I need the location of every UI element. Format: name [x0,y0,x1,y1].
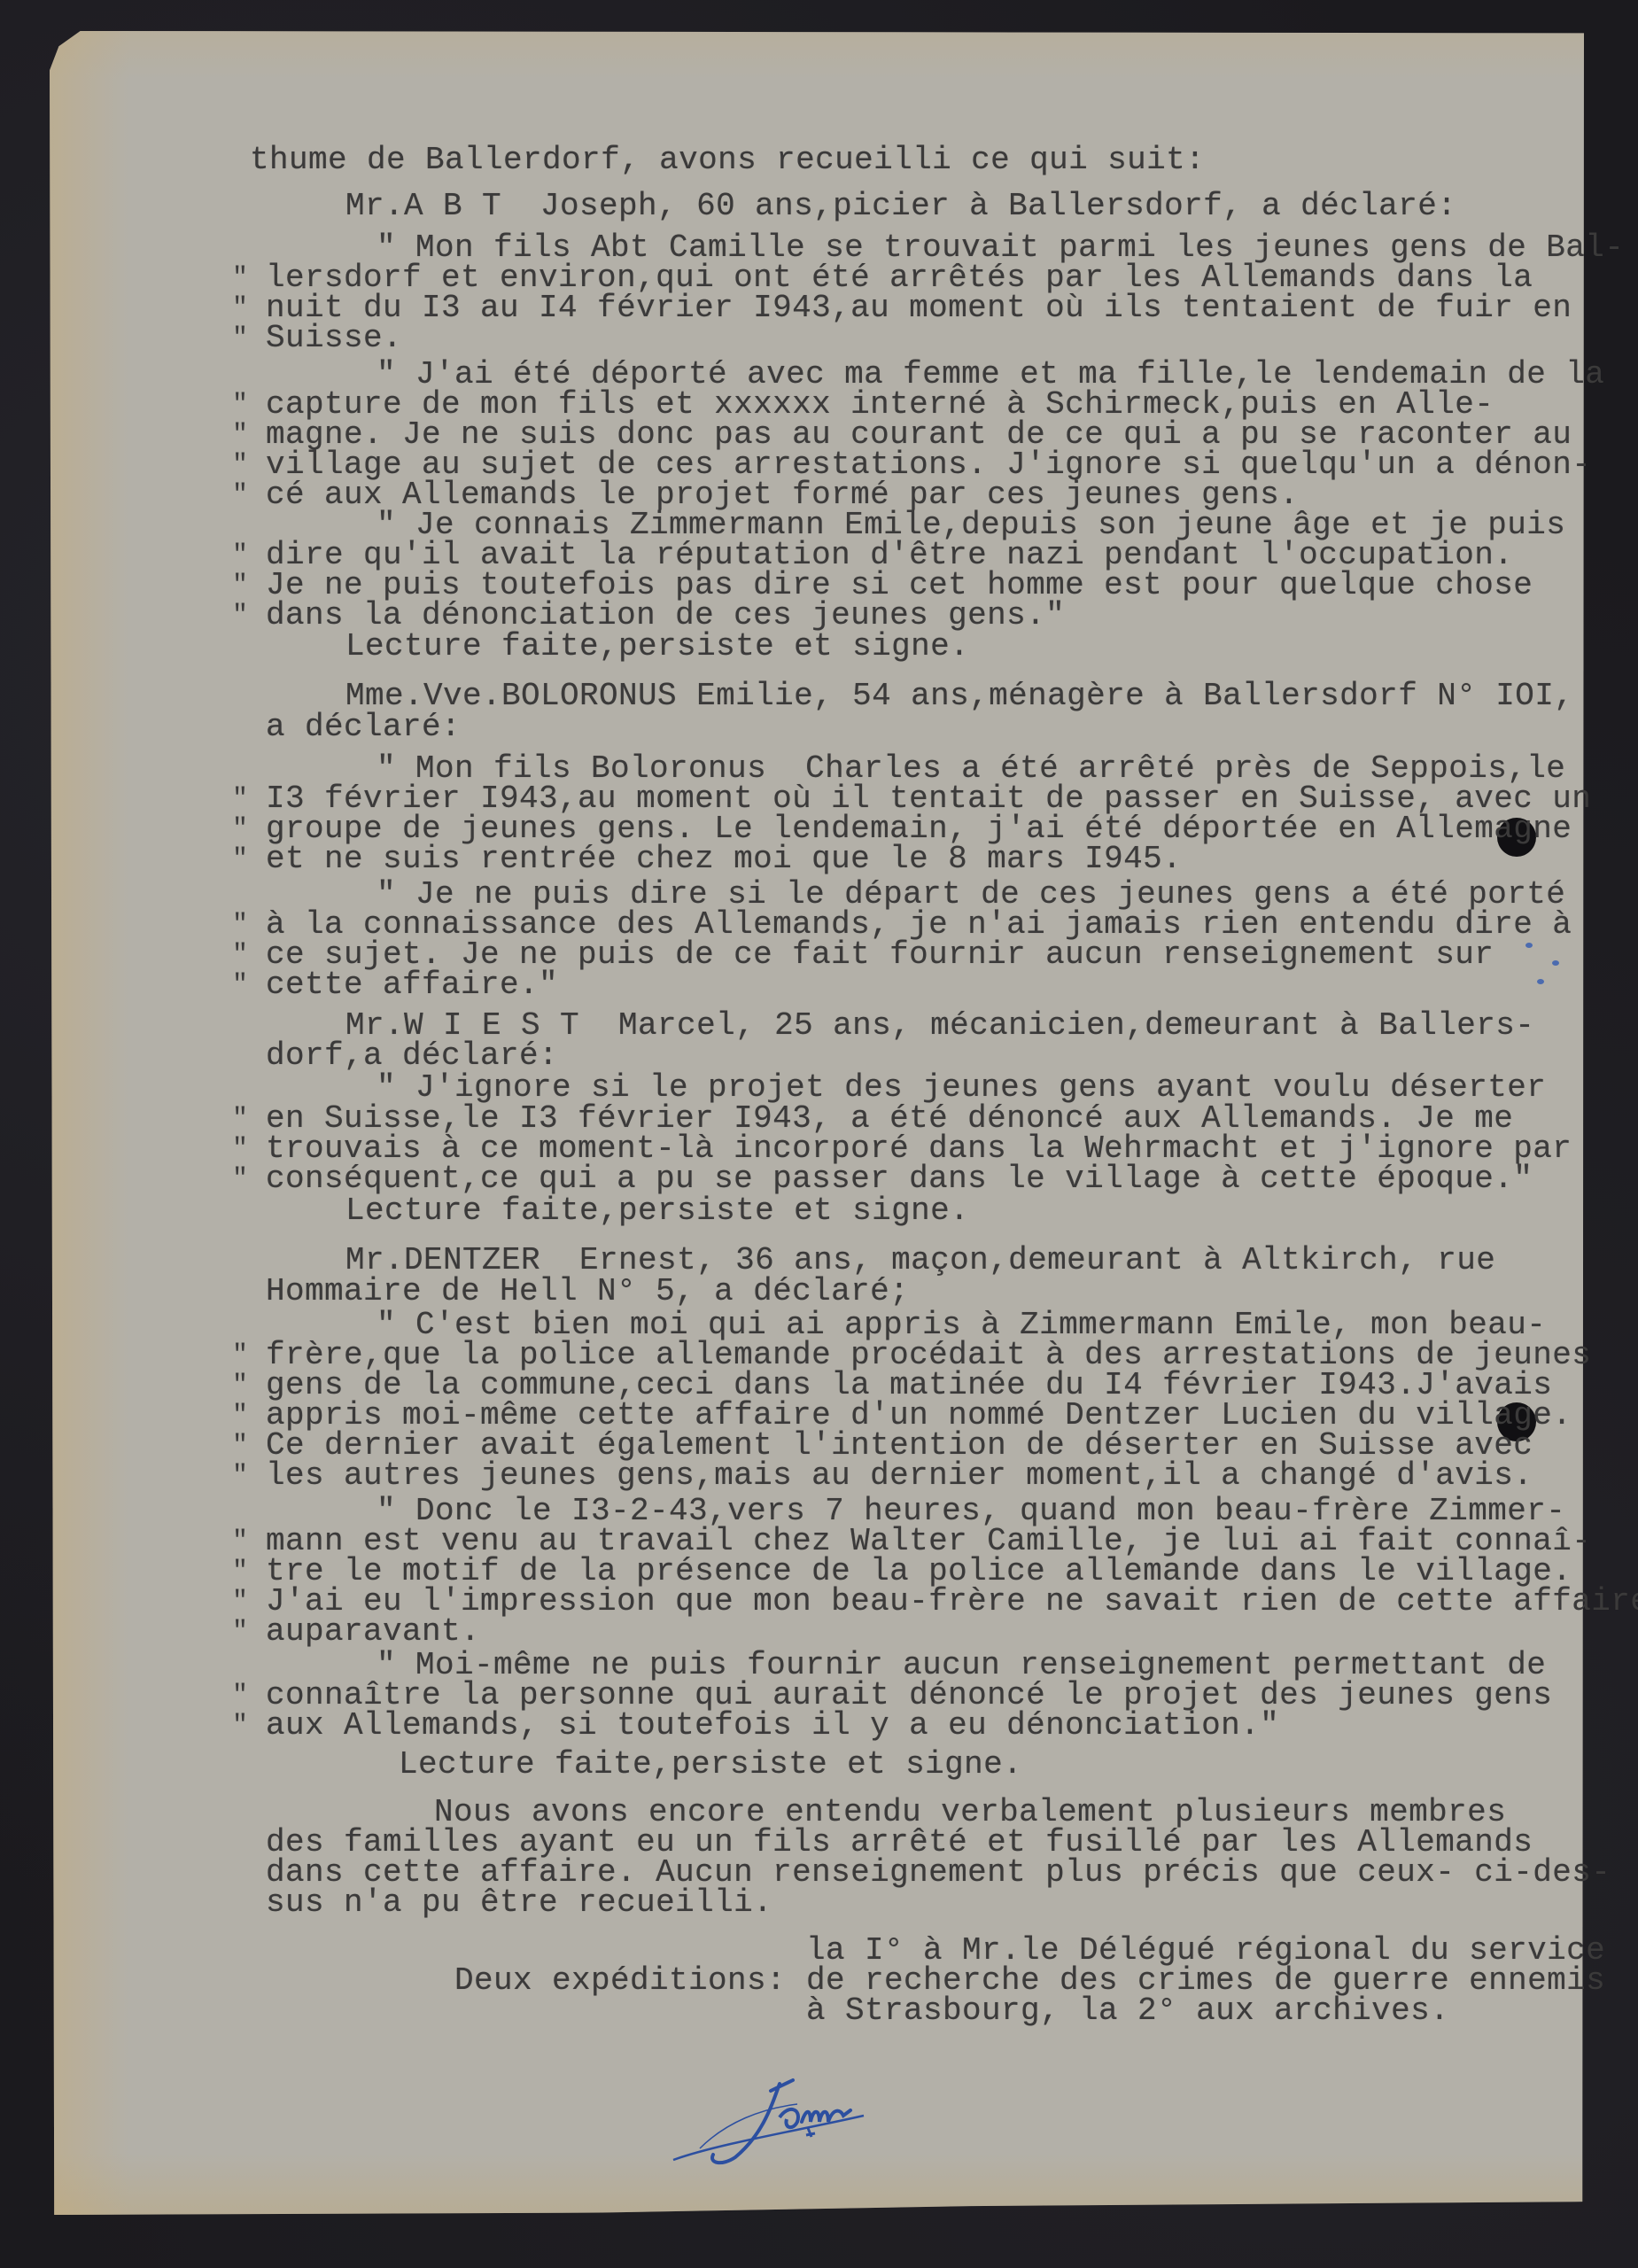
statement-line: Suisse. [266,322,402,354]
margin-quote-mark: " [232,389,248,421]
statement-line: " J'ignore si le projet des jeunes gens … [377,1072,1546,1104]
ink-mark [1552,960,1559,966]
witness-intro-line: dorf,a déclaré: [266,1040,558,1072]
witness-intro-line: Mr.DENTZER Ernest, 36 ans, maçon,demeura… [345,1245,1495,1277]
closing-formula: Lecture faite,persiste et signe. [345,1195,969,1227]
statement-line: et ne suis rentrée chez moi que le 8 mar… [266,843,1182,875]
closing-formula: Lecture faite,persiste et signe. [345,631,969,663]
statement-line: auparavant. [266,1616,480,1648]
margin-quote-mark: " [232,783,248,815]
margin-quote-mark: " [232,540,248,571]
witness-intro-line: a déclaré: [266,711,461,743]
margin-quote-mark: " [232,1460,248,1492]
statement-line: conséquent,ce qui a pu se passer dans le… [266,1163,1533,1195]
witness-intro-line: Mr.A B T Joseph, 60 ans,picier à Ballers… [345,190,1456,222]
margin-quote-mark: " [232,322,248,354]
witness-intro-line: Mme.Vve.BOLORONUS Emilie, 54 ans,ménagèr… [345,680,1573,712]
conclusion-line: sus n'a pu être recueilli. [266,1887,772,1919]
margin-quote-mark: " [232,1133,248,1165]
statement-line: les autres jeunes gens,mais au dernier m… [266,1460,1533,1492]
margin-quote-mark: " [232,1370,248,1402]
margin-quote-mark: " [232,1430,248,1462]
margin-quote-mark: " [232,419,248,451]
margin-quote-mark: " [232,939,248,971]
margin-quote-mark: " [232,1400,248,1432]
margin-quote-mark: " [232,909,248,941]
closing-formula: Lecture faite,persiste et signe. [399,1749,1022,1781]
margin-quote-mark: " [232,292,248,324]
margin-quote-mark: " [232,1163,248,1195]
handwritten-signature [638,2055,904,2171]
margin-quote-mark: " [232,813,248,845]
margin-quote-mark: " [232,1616,248,1648]
margin-quote-mark: " [232,600,248,632]
margin-quote-mark: " [232,843,248,875]
opening-line: thume de Ballerdorf, avons recueilli ce … [250,144,1205,176]
ink-mark [1537,979,1544,984]
margin-quote-mark: " [232,1526,248,1557]
ink-mark [1525,943,1533,948]
distribution-label: Deux expéditions: [454,1965,786,1997]
margin-quote-mark: " [232,1556,248,1588]
margin-quote-mark: " [232,570,248,602]
statement-line: dans la dénonciation de ces jeunes gens.… [266,600,1065,632]
margin-quote-mark: " [232,1680,248,1712]
margin-quote-mark: " [232,479,248,511]
margin-quote-mark: " [232,969,248,1001]
margin-quote-mark: " [232,1103,248,1135]
margin-quote-mark: " [232,1340,248,1371]
distribution-line: à Strasbourg, la 2° aux archives. [806,1995,1449,2027]
statement-line: cette affaire." [266,969,558,1001]
statement-line: aux Allemands, si toutefois il y a eu dé… [266,1710,1279,1742]
witness-intro-line: Hommaire de Hell N° 5, a déclaré; [266,1276,909,1308]
statement-line: nuit du I3 au I4 février I943,au moment … [266,292,1572,324]
margin-quote-mark: " [232,449,248,481]
margin-quote-mark: " [232,262,248,294]
margin-quote-mark: " [232,1586,248,1618]
margin-quote-mark: " [232,1710,248,1742]
